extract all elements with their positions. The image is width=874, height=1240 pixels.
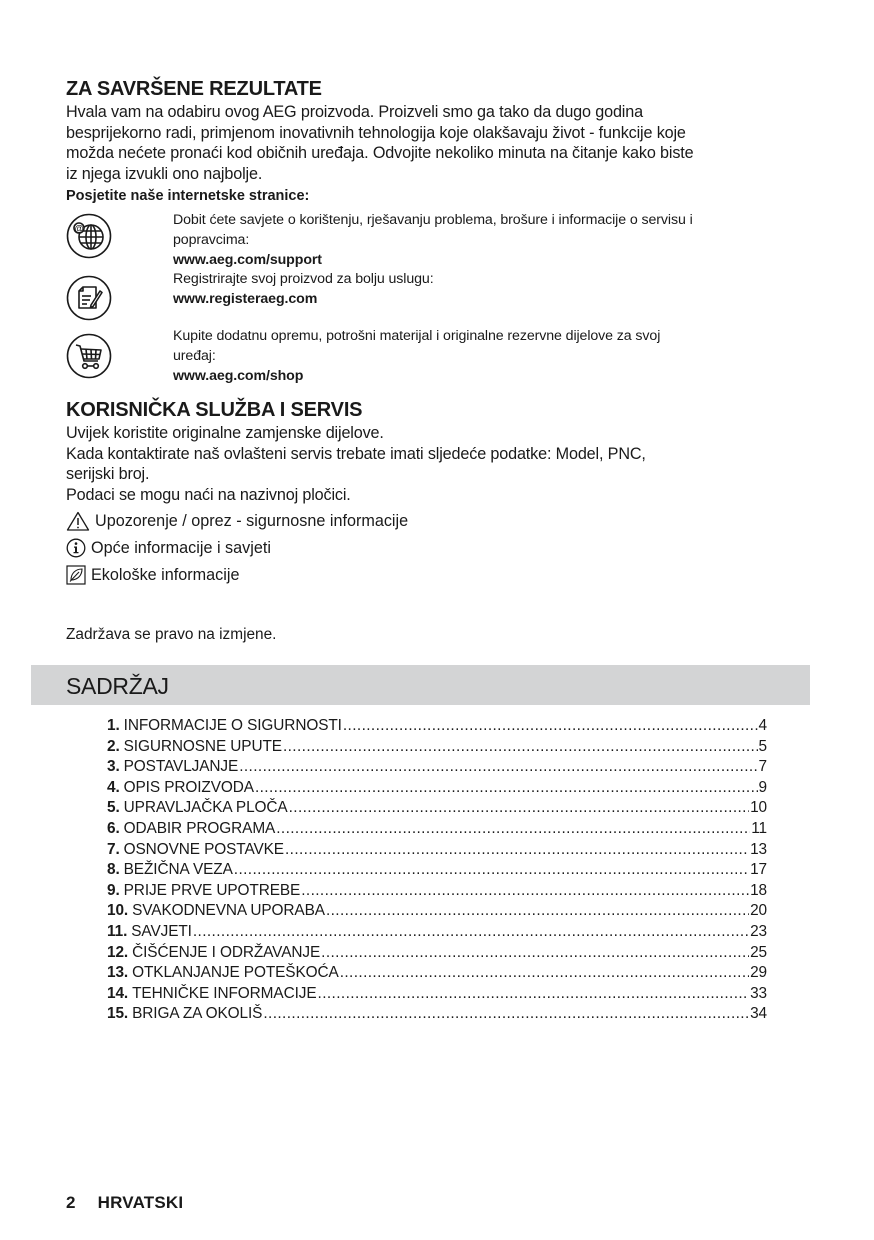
toc-entry-number: 12. [107,943,128,964]
toc-entry-page: 34 [750,1004,767,1025]
toc-entry-number: 8. [107,860,120,881]
toc-leader-dots [255,778,758,799]
globe-at-icon: @ [66,213,112,259]
toc-entry-page: 7 [759,757,767,778]
page-footer: 2HRVATSKI [66,1193,183,1213]
toc-entry-number: 15. [107,1004,128,1025]
shop-text-line: uređaj: [173,347,813,367]
toc-entry-number: 11. [107,922,127,943]
toc-leader-dots [321,943,749,964]
service-line: serijski broj. [66,464,826,485]
register-document-pen-icon [66,275,112,321]
rights-reserved-note: Zadržava se pravo na izmjene. [66,626,276,644]
toc-entry-label: SVAKODNEVNA UPORABA [132,901,325,922]
shopping-cart-icon [66,333,112,379]
toc-entry[interactable]: 8.BEŽIČNA VEZA17 [107,860,767,881]
symbol-row-info: Opće informacije i savjeti [66,538,271,558]
toc-leader-dots [263,1004,749,1025]
toc-entry-page: 23 [750,922,767,943]
toc-entry-label: OSNOVNE POSTAVKE [124,840,284,861]
info-circle-icon [66,538,86,558]
toc-entry-page: 20 [750,901,767,922]
toc-entry[interactable]: 11.SAVJETI23 [107,922,767,943]
toc-entry-page: 9 [759,778,767,799]
toc-title: SADRŽAJ [66,673,169,699]
toc-leader-dots [340,963,749,984]
svg-text:@: @ [75,224,84,234]
service-line: Uvijek koristite originalne zamjenske di… [66,423,826,444]
toc-leader-dots [318,984,750,1005]
symbol-label: Ekološke informacije [91,565,239,585]
toc-entry[interactable]: 3.POSTAVLJANJE7 [107,757,767,778]
section-title-customer-service: KORISNIČKA SLUŽBA I SERVIS [66,398,362,422]
service-line: Kada kontaktirate naš ovlašteni servis t… [66,444,826,465]
support-text-line: popravcima: [173,231,813,251]
toc-entry-label: SIGURNOSNE UPUTE [124,737,282,758]
toc-entry-number: 1. [107,716,120,737]
toc-entry-number: 6. [107,819,120,840]
toc-entry[interactable]: 12.ČIŠĆENJE I ODRŽAVANJE25 [107,943,767,964]
toc-entry-page: 25 [750,943,767,964]
support-url-link[interactable]: www.aeg.com/support [173,252,322,268]
toc-leader-dots [239,757,757,778]
toc-entry-number: 9. [107,881,120,902]
toc-entry-label: BRIGA ZA OKOLIŠ [132,1004,262,1025]
toc-entry-label: OPIS PROIZVODA [124,778,254,799]
toc-entry-label: UPRAVLJAČKA PLOČA [124,798,288,819]
intro-paragraph: Hvala vam na odabiru ovog AEG proizvoda.… [66,102,826,184]
shop-text-line: Kupite dodatnu opremu, potrošni materija… [173,327,813,347]
toc-entry[interactable]: 7.OSNOVNE POSTAVKE13 [107,840,767,861]
toc-leader-dots [276,819,750,840]
toc-entry-number: 13. [107,963,128,984]
toc-entry[interactable]: 15.BRIGA ZA OKOLIŠ34 [107,1004,767,1025]
toc-leader-dots [326,901,749,922]
toc-entry-page: 29 [750,963,767,984]
visit-website-label: Posjetite naše internetske stranice: [66,187,309,205]
toc-entry[interactable]: 14.TEHNIČKE INFORMACIJE33 [107,984,767,1005]
toc-entry-label: OTKLANJANJE POTEŠKOĆA [132,963,339,984]
toc-entry-page: 4 [759,716,767,737]
toc-leader-dots [301,881,749,902]
warning-triangle-icon [66,511,90,531]
toc-entry[interactable]: 10.SVAKODNEVNA UPORABA20 [107,901,767,922]
toc-entry-number: 10. [107,901,128,922]
toc-entry-label: INFORMACIJE O SIGURNOSTI [124,716,342,737]
toc-entry-label: TEHNIČKE INFORMACIJE [132,984,316,1005]
toc-entry-label: BEŽIČNA VEZA [124,860,233,881]
toc-leader-dots [285,840,749,861]
intro-line: možda nećete pronaći kod običnih uređaja… [66,143,826,164]
toc-entry-number: 5. [107,798,120,819]
footer-language: HRVATSKI [98,1193,184,1212]
register-text-line: Registrirajte svoj proizvod za bolju usl… [173,270,813,290]
section-title-perfect-results: ZA SAVRŠENE REZULTATE [66,77,322,101]
toc-entry-page: 11 [751,819,767,840]
symbol-label: Opće informacije i savjeti [91,538,271,558]
toc-entry[interactable]: 6.ODABIR PROGRAMA11 [107,819,767,840]
intro-line: Hvala vam na odabiru ovog AEG proizvoda.… [66,102,826,123]
toc-leader-dots [234,860,749,881]
toc-entry[interactable]: 5.UPRAVLJAČKA PLOČA10 [107,798,767,819]
register-url-link[interactable]: www.registeraeg.com [173,291,317,307]
toc-entry-number: 2. [107,737,120,758]
toc-entry-page: 10 [750,798,767,819]
toc-entry-label: PRIJE PRVE UPOTREBE [124,881,301,902]
page-number: 2 [66,1193,76,1212]
customer-service-paragraph: Uvijek koristite originalne zamjenske di… [66,423,826,505]
toc-leader-dots [283,737,758,758]
toc-entry[interactable]: 4.OPIS PROIZVODA9 [107,778,767,799]
toc-entry-number: 7. [107,840,120,861]
toc-list: 1.INFORMACIJE O SIGURNOSTI42.SIGURNOSNE … [107,716,767,1025]
leaf-eco-icon [66,565,86,585]
shop-url-link[interactable]: www.aeg.com/shop [173,368,303,384]
toc-entry-number: 4. [107,778,120,799]
toc-entry-page: 17 [750,860,767,881]
toc-header-band: SADRŽAJ [31,665,810,705]
toc-entry-number: 14. [107,984,128,1005]
toc-entry-page: 33 [750,984,767,1005]
intro-line: besprijekorno radi, primjenom inovativni… [66,123,826,144]
toc-leader-dots [193,922,749,943]
shop-link-block: Kupite dodatnu opremu, potrošni materija… [173,327,813,386]
toc-entry[interactable]: 2.SIGURNOSNE UPUTE5 [107,737,767,758]
support-text-line: Dobit ćete savjete o korištenju, rješava… [173,211,813,231]
toc-leader-dots [289,798,749,819]
symbol-row-eco: Ekološke informacije [66,565,239,585]
toc-entry-page: 13 [750,840,767,861]
toc-entry-label: SAVJETI [131,922,192,943]
toc-leader-dots [343,716,758,737]
intro-line: iz njega izvukli ono najbolje. [66,164,826,185]
symbol-row-warning: Upozorenje / oprez - sigurnosne informac… [66,511,408,531]
toc-entry-label: POSTAVLJANJE [124,757,239,778]
toc-entry-number: 3. [107,757,120,778]
toc-entry-label: ČIŠĆENJE I ODRŽAVANJE [132,943,320,964]
toc-entry-page: 18 [750,881,767,902]
toc-entry[interactable]: 1.INFORMACIJE O SIGURNOSTI4 [107,716,767,737]
service-line: Podaci se mogu naći na nazivnoj pločici. [66,485,826,506]
toc-entry-label: ODABIR PROGRAMA [124,819,276,840]
toc-entry[interactable]: 13.OTKLANJANJE POTEŠKOĆA29 [107,963,767,984]
support-link-block: Dobit ćete savjete o korištenju, rješava… [173,211,813,310]
toc-entry[interactable]: 9.PRIJE PRVE UPOTREBE18 [107,881,767,902]
symbol-label: Upozorenje / oprez - sigurnosne informac… [95,511,408,531]
toc-entry-page: 5 [759,737,767,758]
